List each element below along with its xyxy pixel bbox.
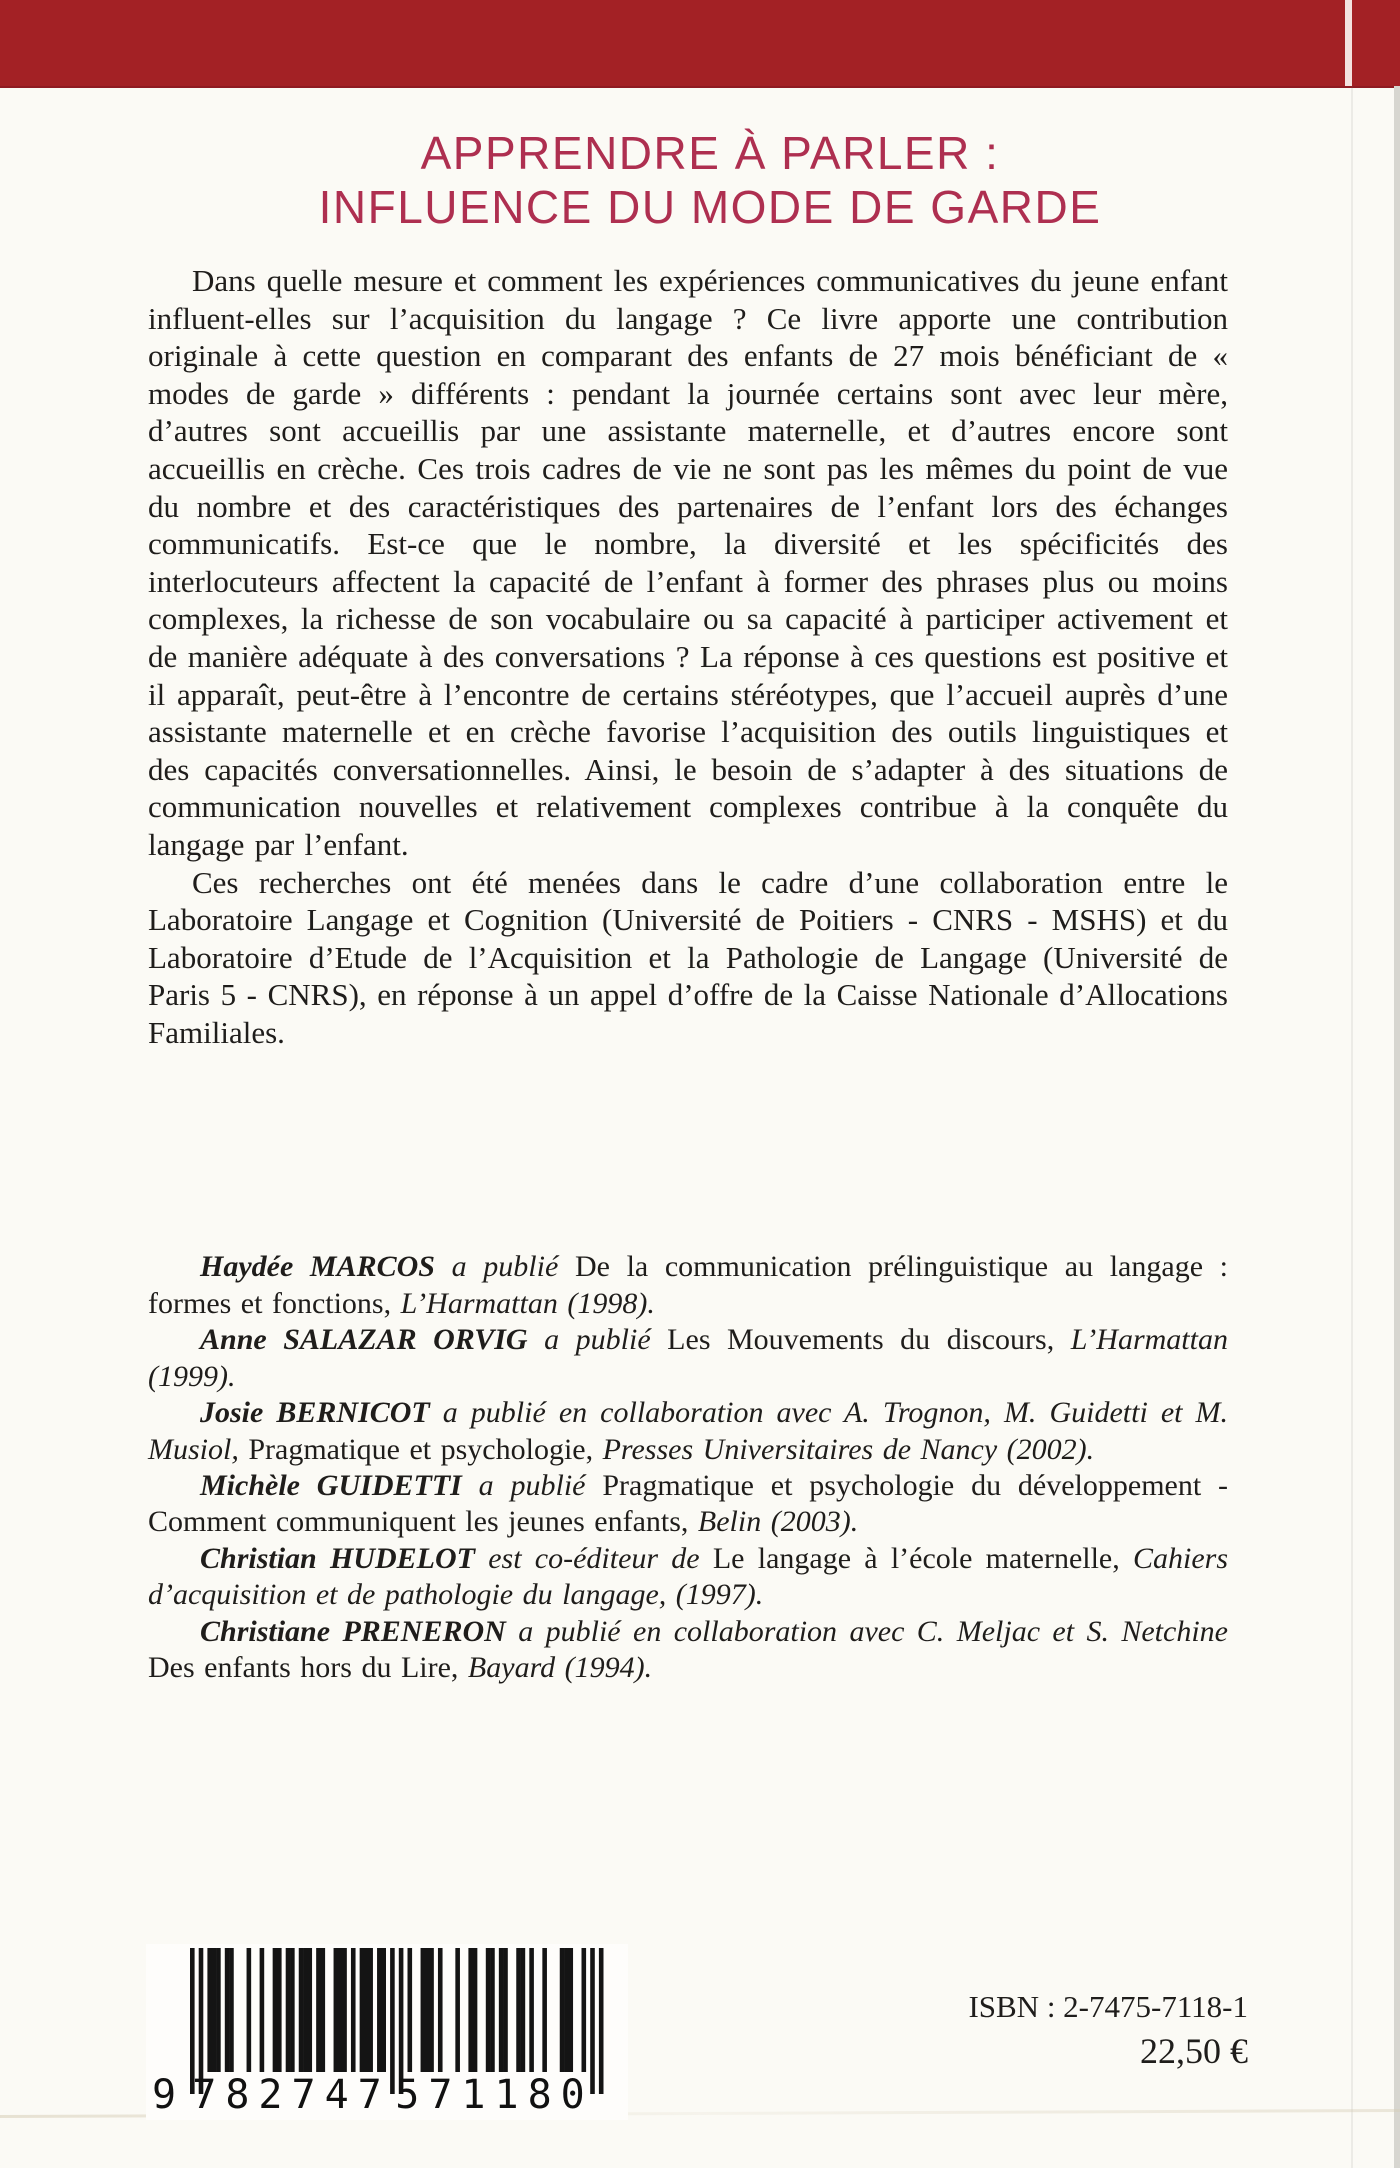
title-line-2: INFLUENCE DU MODE DE GARDE bbox=[319, 181, 1102, 233]
author-publisher: L’Harmattan (1998). bbox=[401, 1287, 655, 1320]
author-publisher: Presses Universitaires de Nancy (2002). bbox=[603, 1433, 1095, 1466]
barcode-digit-group-1: 782747 bbox=[190, 2072, 393, 2118]
page-right-edge bbox=[1394, 86, 1400, 2168]
author-name: Christiane PRENERON bbox=[200, 1615, 506, 1648]
author-name: Michèle GUIDETTI bbox=[200, 1469, 462, 1502]
author-name: Josie BERNICOT bbox=[200, 1396, 430, 1429]
author-mid-text: a publié bbox=[528, 1323, 668, 1356]
barcode-digit-group-2: 571180 bbox=[393, 2072, 596, 2118]
synopsis-column: Dans quelle mesure et comment les expéri… bbox=[148, 262, 1228, 1686]
author-entry: Anne SALAZAR ORVIG a publié Les Mouvemen… bbox=[148, 1322, 1228, 1395]
book-back-cover: APPRENDRE À PARLER :INFLUENCE DU MODE DE… bbox=[0, 0, 1400, 2168]
price-text: 22,50 € bbox=[968, 2028, 1248, 2074]
author-mid-text: a publié en collaboration avec C. Meljac… bbox=[506, 1615, 1228, 1648]
authors-section: Haydée MARCOS a publié De la communicati… bbox=[148, 1249, 1228, 1686]
author-name: Christian HUDELOT bbox=[200, 1542, 475, 1575]
title-line-1: APPRENDRE À PARLER : bbox=[421, 127, 1000, 179]
synopsis-paragraph-2: Ces recherches ont été menées dans le ca… bbox=[148, 864, 1228, 1052]
isbn-text: ISBN : 2-7475-7118-1 bbox=[968, 1986, 1248, 2028]
author-work-title: Le langage à l’école maternelle, bbox=[713, 1542, 1133, 1575]
author-publisher: Bayard (1994). bbox=[468, 1651, 652, 1684]
author-entry: Christian HUDELOT est co-éditeur de Le l… bbox=[148, 1541, 1228, 1614]
author-name: Anne SALAZAR ORVIG bbox=[200, 1323, 528, 1356]
band-crease-line bbox=[1345, 0, 1352, 86]
author-work-title: Pragmatique et psychologie, bbox=[248, 1433, 602, 1466]
author-name: Haydée MARCOS bbox=[200, 1250, 435, 1283]
barcode-first-digit: 9 bbox=[152, 2072, 190, 2118]
barcode-digits: 9 782747 571180 bbox=[152, 2072, 622, 2118]
author-mid-text: a publié bbox=[435, 1250, 575, 1283]
author-work-title: Des enfants hors du Lire, bbox=[148, 1651, 468, 1684]
author-mid-text: a publié bbox=[462, 1469, 603, 1502]
author-work-title: Les Mouvements du discours, bbox=[667, 1323, 1071, 1356]
author-entry: Josie BERNICOT a publié en collaboration… bbox=[148, 1395, 1228, 1468]
author-mid-text: est co-éditeur de bbox=[475, 1542, 713, 1575]
author-entry: Haydée MARCOS a publié De la communicati… bbox=[148, 1249, 1228, 1322]
barcode: 9 782747 571180 bbox=[146, 1944, 628, 2120]
top-red-band bbox=[0, 0, 1400, 88]
author-entry: Michèle GUIDETTI a publié Pragmatique et… bbox=[148, 1468, 1228, 1541]
vertical-crease bbox=[1351, 86, 1353, 2168]
author-publisher: Belin (2003). bbox=[698, 1505, 858, 1538]
author-entry: Christiane PRENERON a publié en collabor… bbox=[148, 1614, 1228, 1687]
isbn-price-block: ISBN : 2-7475-7118-1 22,50 € bbox=[968, 1986, 1248, 2074]
synopsis-paragraph-1: Dans quelle mesure et comment les expéri… bbox=[148, 262, 1228, 864]
